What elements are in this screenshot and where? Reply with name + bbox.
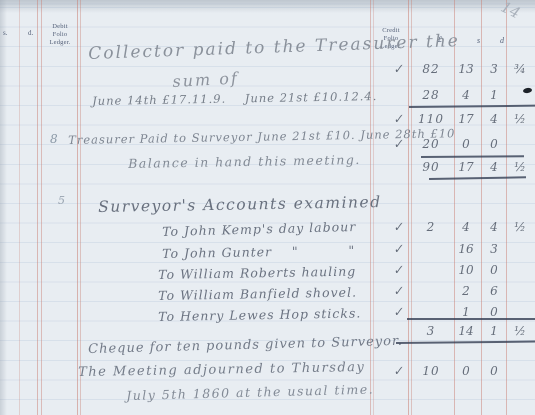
check-icon: ✓: [388, 136, 408, 152]
amount-shillings: 17: [453, 160, 479, 174]
corner-mark: 14: [498, 0, 523, 22]
amount-pence: 0: [481, 364, 507, 378]
header-shillings: s: [477, 36, 480, 46]
header-left-shillings: s.: [3, 29, 7, 37]
check-icon: ✓: [388, 262, 408, 278]
amount-farthings: ¾: [507, 62, 533, 76]
amount-farthings: ½: [507, 220, 533, 234]
entry-collector-dates: June 14th £17.11.9. June 21st £10.12.4.: [92, 89, 377, 108]
amount-shillings: 13: [453, 62, 479, 76]
header-debit-folio-line1: Debit: [42, 23, 78, 31]
total-rule-1: [409, 105, 535, 108]
amount-shillings: 0: [453, 137, 479, 151]
check-icon: ✓: [388, 363, 408, 379]
rule-vertical-2: [37, 0, 38, 415]
entry-banfield: To William Banfield shovel.: [158, 285, 357, 303]
amount-pence: 1: [481, 324, 507, 338]
amount-pounds: 110: [411, 112, 451, 126]
check-icon: ✓: [388, 61, 408, 77]
header-debit-folio-line2: Folio: [42, 31, 78, 39]
check-icon: [389, 323, 407, 326]
amount-pence: 4: [481, 112, 507, 126]
amount-shillings: 14: [453, 324, 479, 338]
total-rule-3: [429, 176, 526, 180]
amount-shillings: 1: [453, 305, 479, 319]
check-icon: ✓: [388, 283, 408, 299]
amount-farthings: ½: [507, 112, 533, 126]
ledger-page: s. d. Debit Folio Ledger. Credit Folio L…: [0, 0, 535, 415]
amount-row-surveyor-paid: ✓ 20 0 0: [385, 137, 535, 154]
amount-pence: 3: [481, 62, 507, 76]
amount-pence: 0: [481, 305, 507, 319]
amount-row-roberts: ✓ 10 0: [385, 263, 535, 280]
entry-cheque: Cheque for ten pounds given to Surveyor.: [88, 334, 403, 357]
amount-farthings: ½: [507, 160, 533, 174]
amount-row-june-payments: 28 4 1: [385, 88, 535, 105]
amount-pence: 0: [481, 137, 507, 151]
amount-pence: 1: [481, 88, 507, 102]
amount-pounds: 82: [411, 62, 451, 76]
amount-row-subtotal: ✓ 110 17 4 ½: [385, 112, 535, 129]
entry-adjourned-line2: July 5th 1860 at the usual time.: [126, 382, 374, 403]
amount-pounds: 10: [411, 364, 451, 378]
rule-vertical-4: [77, 0, 78, 415]
amount-pence: 6: [481, 284, 507, 298]
rule-vertical-5: [80, 0, 81, 415]
check-icon: ✓: [388, 219, 408, 235]
amount-row-collector-total: ✓ 82 13 3 ¾: [385, 62, 535, 79]
amount-shillings: 17: [453, 112, 479, 126]
check-icon: [389, 87, 407, 90]
amount-pounds: 28: [411, 88, 451, 102]
rule-vertical-3: [41, 0, 42, 415]
amount-shillings: 16: [453, 242, 479, 256]
amount-row-accounts-total: 3 14 1 ½: [385, 324, 535, 341]
entry-collector-line2: sum of: [172, 69, 239, 91]
folio-mark-treasurer: 8: [50, 132, 58, 146]
entry-roberts: To William Roberts hauling: [158, 264, 356, 282]
entry-gunter: To John Gunter " ": [162, 243, 355, 261]
amount-row-cheque: ✓ 10 0 0: [385, 364, 535, 381]
amount-row-balance: 90 17 4 ½: [385, 160, 535, 177]
total-rule-2: [421, 155, 524, 158]
check-icon: ✓: [388, 304, 408, 320]
entry-collector-line1: Collector paid to the Treasurer the: [88, 31, 460, 64]
header-pence: d: [500, 36, 504, 46]
amount-pence: 4: [481, 160, 507, 174]
amount-pounds: 90: [411, 160, 451, 174]
check-icon: ✓: [388, 241, 408, 257]
header-debit-folio: Debit Folio Ledger.: [42, 23, 78, 46]
amount-shillings: 10: [453, 263, 479, 277]
amount-pence: 3: [481, 242, 507, 256]
header-debit-folio-line3: Ledger.: [42, 39, 78, 47]
entry-adjourned-line1: The Meeting adjourned to Thursday: [78, 360, 365, 380]
entry-lewes: To Henry Lewes Hop sticks.: [158, 305, 361, 324]
amount-pence: 4: [481, 220, 507, 234]
amount-pounds: 3: [411, 324, 451, 338]
rule-vertical-1: [19, 0, 20, 415]
amount-pence: 0: [481, 263, 507, 277]
amount-pounds: 2: [411, 220, 451, 234]
amount-shillings: 4: [453, 220, 479, 234]
entry-kemp: To John Kemp's day labour: [162, 219, 356, 239]
amount-row-banfield: ✓ 2 6: [385, 284, 535, 301]
amount-shillings: 2: [453, 284, 479, 298]
entry-accounts-heading: Surveyor's Accounts examined: [98, 193, 382, 216]
amount-shillings: 0: [453, 364, 479, 378]
header-left-pence: d.: [28, 29, 33, 37]
amount-farthings: ½: [507, 324, 533, 338]
check-icon: ✓: [388, 111, 408, 127]
check-icon: [389, 159, 407, 162]
amount-row-gunter: ✓ 16 3: [385, 242, 535, 259]
amount-row-kemp: ✓ 2 4 4 ½: [385, 220, 535, 237]
total-rule-5: [396, 341, 535, 344]
total-rule-4: [407, 318, 535, 320]
entry-balance: Balance in hand this meeting.: [128, 152, 361, 171]
folio-mark-surveyor: 5: [58, 194, 65, 207]
amount-pounds: 20: [411, 137, 451, 151]
amount-shillings: 4: [453, 88, 479, 102]
